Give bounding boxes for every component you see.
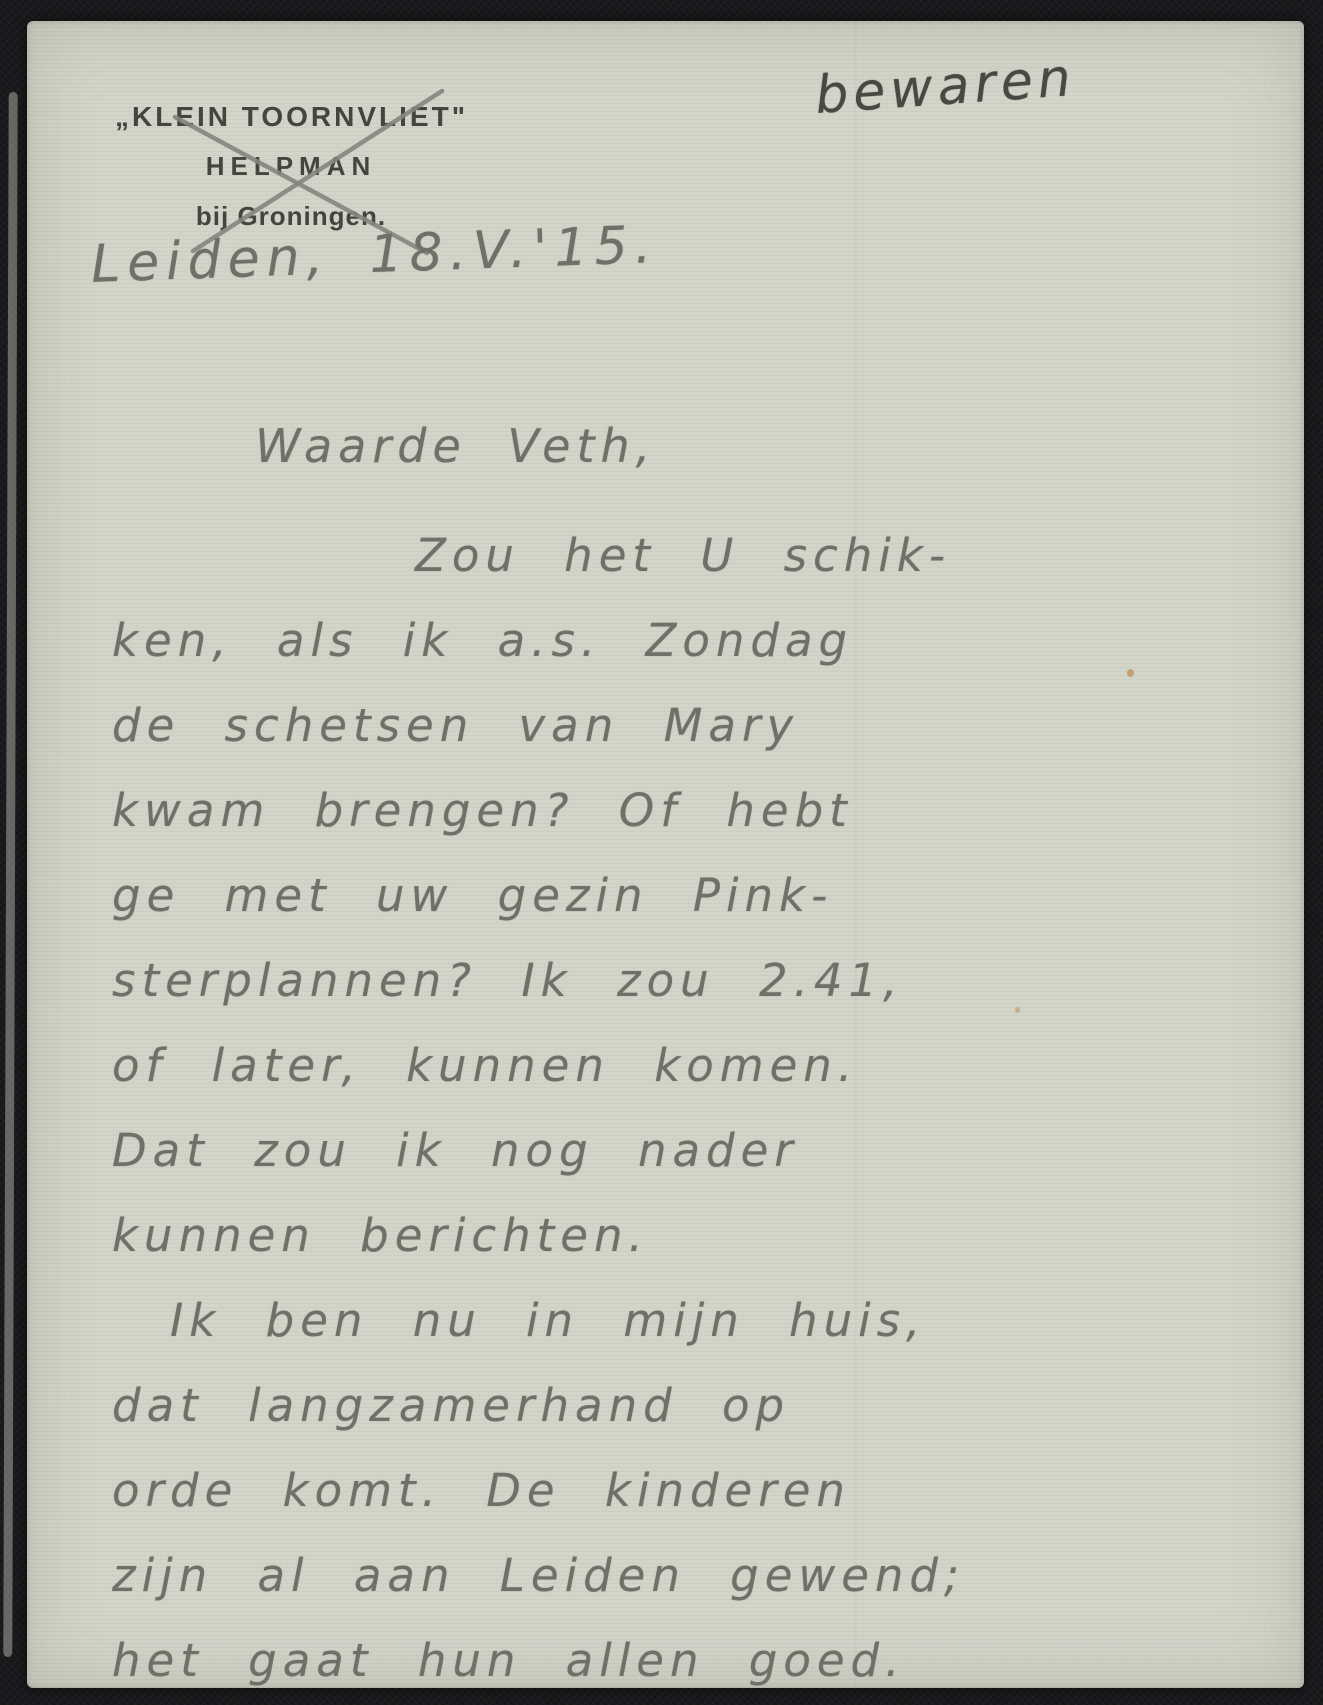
letter-line: het gaat hun allen goed. <box>112 1618 1304 1688</box>
letter-line: ge met uw gezin Pink- <box>112 853 1304 938</box>
letter-line: ken, als ik a.s. Zondag <box>112 598 1304 683</box>
letter-body: Zou het U schik- ken, als ik a.s. Zondag… <box>112 513 1304 1688</box>
letter-line: Zou het U schik- <box>112 513 1304 598</box>
letter-line: of later, kunnen komen. <box>112 1023 1304 1108</box>
letter-line: de schetsen van Mary <box>112 683 1304 768</box>
back-sheet-edge <box>3 92 17 1657</box>
letter-line: dat langzamerhand op <box>112 1363 1304 1448</box>
salutation: Waarde Veth, <box>255 419 656 473</box>
letter-line: sterplannen? Ik zou 2.41, <box>112 938 1304 1023</box>
letter-line: Ik ben nu in mijn huis, <box>112 1278 1304 1363</box>
handwritten-annotation: bewaren <box>813 48 1077 126</box>
letter-line: orde komt. De kinderen <box>112 1448 1304 1533</box>
letter-line: zijn al aan Leiden gewend; <box>112 1533 1304 1618</box>
letter-line: Dat zou ik nog nader <box>112 1108 1304 1193</box>
letter-page: „KLEIN TOORNVLIET" HELPMAN bij Groningen… <box>27 21 1304 1688</box>
letter-line: kunnen berichten. <box>112 1193 1304 1278</box>
letter-line: kwam brengen? Of hebt <box>112 768 1304 853</box>
scan-background: { "letter": { "annotation": "bewaren", "… <box>0 0 1323 1705</box>
